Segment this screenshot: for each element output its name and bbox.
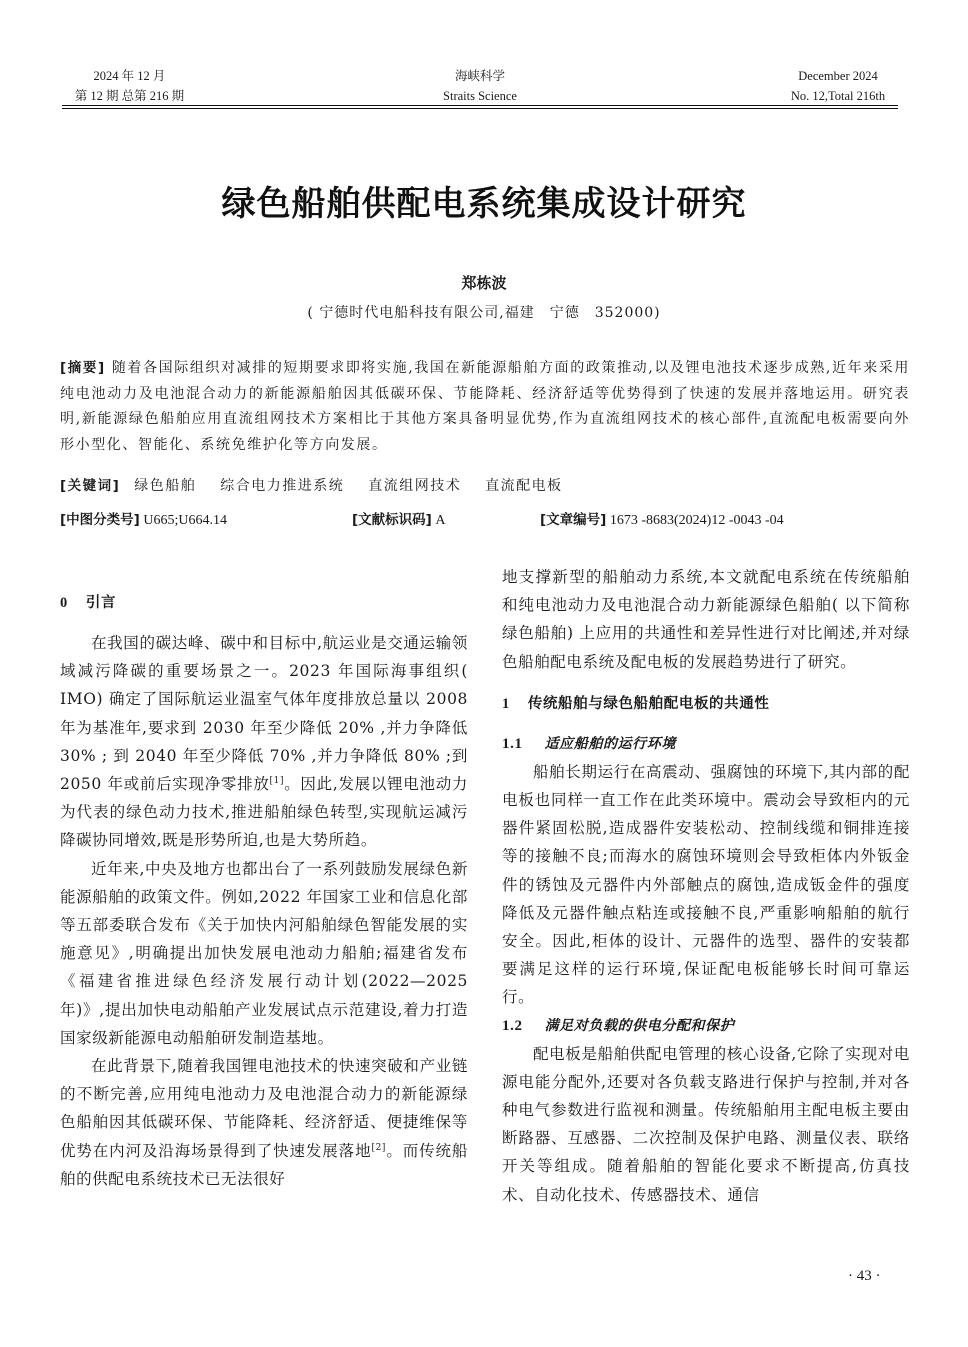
keyword: 直流配电板 — [485, 478, 563, 494]
abstract-label: [摘要] — [60, 360, 106, 376]
keyword: 直流组网技术 — [368, 478, 461, 494]
journal-name-en: Straits Science — [62, 86, 898, 106]
author-affiliation: ( 宁德时代电船科技有限公司,福建 宁德 352000) — [0, 302, 968, 322]
section-title: 传统船舶与绿色船舶配电板的共通性 — [528, 696, 770, 712]
clc-group: [中图分类号] U665;U664.14 — [60, 508, 227, 529]
keyword: 绿色船舶 — [134, 478, 196, 494]
header-rule-thick — [62, 105, 898, 106]
paragraph-text: 在我国的碳达峰、碳中和目标中,航运业是交通运输领域减污降碳的重要场景之一。202… — [60, 634, 468, 793]
doc-code-label: [文献标识码] — [352, 512, 432, 528]
subsection-number: 1.1 — [502, 736, 523, 752]
article-no-group: [文章编号] 1673 -8683(2024)12 -0043 -04 — [540, 508, 784, 529]
paper-title: 绿色船舶供配电系统集成设计研究 — [0, 176, 968, 225]
citation-ref: [2] — [371, 1143, 386, 1153]
section-title: 引言 — [86, 595, 116, 611]
left-column: 0引言 在我国的碳达峰、碳中和目标中,航运业是交通运输领域减污降碳的重要场景之一… — [60, 581, 468, 1193]
header-date-en: December 2024 — [778, 66, 898, 86]
paragraph: 在我国的碳达峰、碳中和目标中,航运业是交通运输领域减污降碳的重要场景之一。202… — [60, 629, 468, 855]
section-heading: 0引言 — [60, 589, 468, 617]
subsection-number: 1.2 — [502, 1018, 523, 1034]
subsection-heading: 1.2满足对负载的供电分配和保护 — [502, 1012, 910, 1040]
paragraph: 船舶长期运行在高震动、强腐蚀的环境下,其内部的配电板也同样一直工作在此类环境中。… — [502, 758, 910, 1012]
doc-code-value: A — [435, 513, 445, 528]
section-number: 0 — [60, 595, 68, 611]
subsection-title: 满足对负载的供电分配和保护 — [545, 1018, 735, 1034]
header-center: 海峡科学 Straits Science — [62, 66, 898, 106]
abstract-text: 随着各国际组织对减排的短期要求即将实施,我国在新能源船舶方面的政策推动,以及锂电… — [60, 360, 910, 453]
paragraph: 地支撑新型的船舶动力系统,本文就配电系统在传统船舶和纯电池动力及电池混合动力新能… — [502, 563, 910, 676]
keyword: 综合电力推进系统 — [220, 478, 344, 494]
header-rule-thin — [62, 108, 898, 109]
keywords: [关键词] 绿色船舶 综合电力推进系统 直流组网技术 直流配电板 — [60, 474, 910, 495]
header-issue-en: No. 12,Total 216th — [778, 86, 898, 106]
keywords-label: [关键词] — [60, 478, 120, 494]
citation-ref: [1] — [270, 776, 285, 786]
article-no-value: 1673 -8683(2024)12 -0043 -04 — [610, 513, 784, 528]
abstract: [摘要] 随着各国际组织对减排的短期要求即将实施,我国在新能源船舶方面的政策推动… — [60, 356, 910, 458]
right-column: 地支撑新型的船舶动力系统,本文就配电系统在传统船舶和纯电池动力及电池混合动力新能… — [502, 563, 910, 1209]
author-name: 郑栋波 — [0, 272, 968, 293]
clc-label: [中图分类号] — [60, 512, 140, 528]
paragraph: 近年来,中央及地方也都出台了一系列鼓励发展绿色新能源船舶的政策文件。例如,202… — [60, 855, 468, 1052]
subsection-heading: 1.1适应船舶的运行环境 — [502, 730, 910, 758]
doc-code-group: [文献标识码] A — [352, 508, 445, 529]
header-right: December 2024 No. 12,Total 216th — [778, 66, 898, 106]
section-heading: 1传统船舶与绿色船舶配电板的共通性 — [502, 690, 910, 718]
section-number: 1 — [502, 696, 510, 712]
article-no-label: [文章编号] — [540, 512, 606, 528]
paragraph: 配电板是船舶供配电管理的核心设备,它除了实现对电源电能分配外,还要对各负载支路进… — [502, 1040, 910, 1209]
subsection-title: 适应船舶的运行环境 — [545, 736, 676, 752]
paragraph: 在此背景下,随着我国锂电池技术的快速突破和产业链的不断完善,应用纯电池动力及电池… — [60, 1052, 468, 1193]
journal-name-cn: 海峡科学 — [62, 66, 898, 86]
running-header: 2024 年 12 月 第 12 期 总第 216 期 海峡科学 Straits… — [62, 66, 898, 106]
page-number: · 43 · — [848, 1268, 881, 1285]
clc-value: U665;U664.14 — [143, 513, 227, 528]
